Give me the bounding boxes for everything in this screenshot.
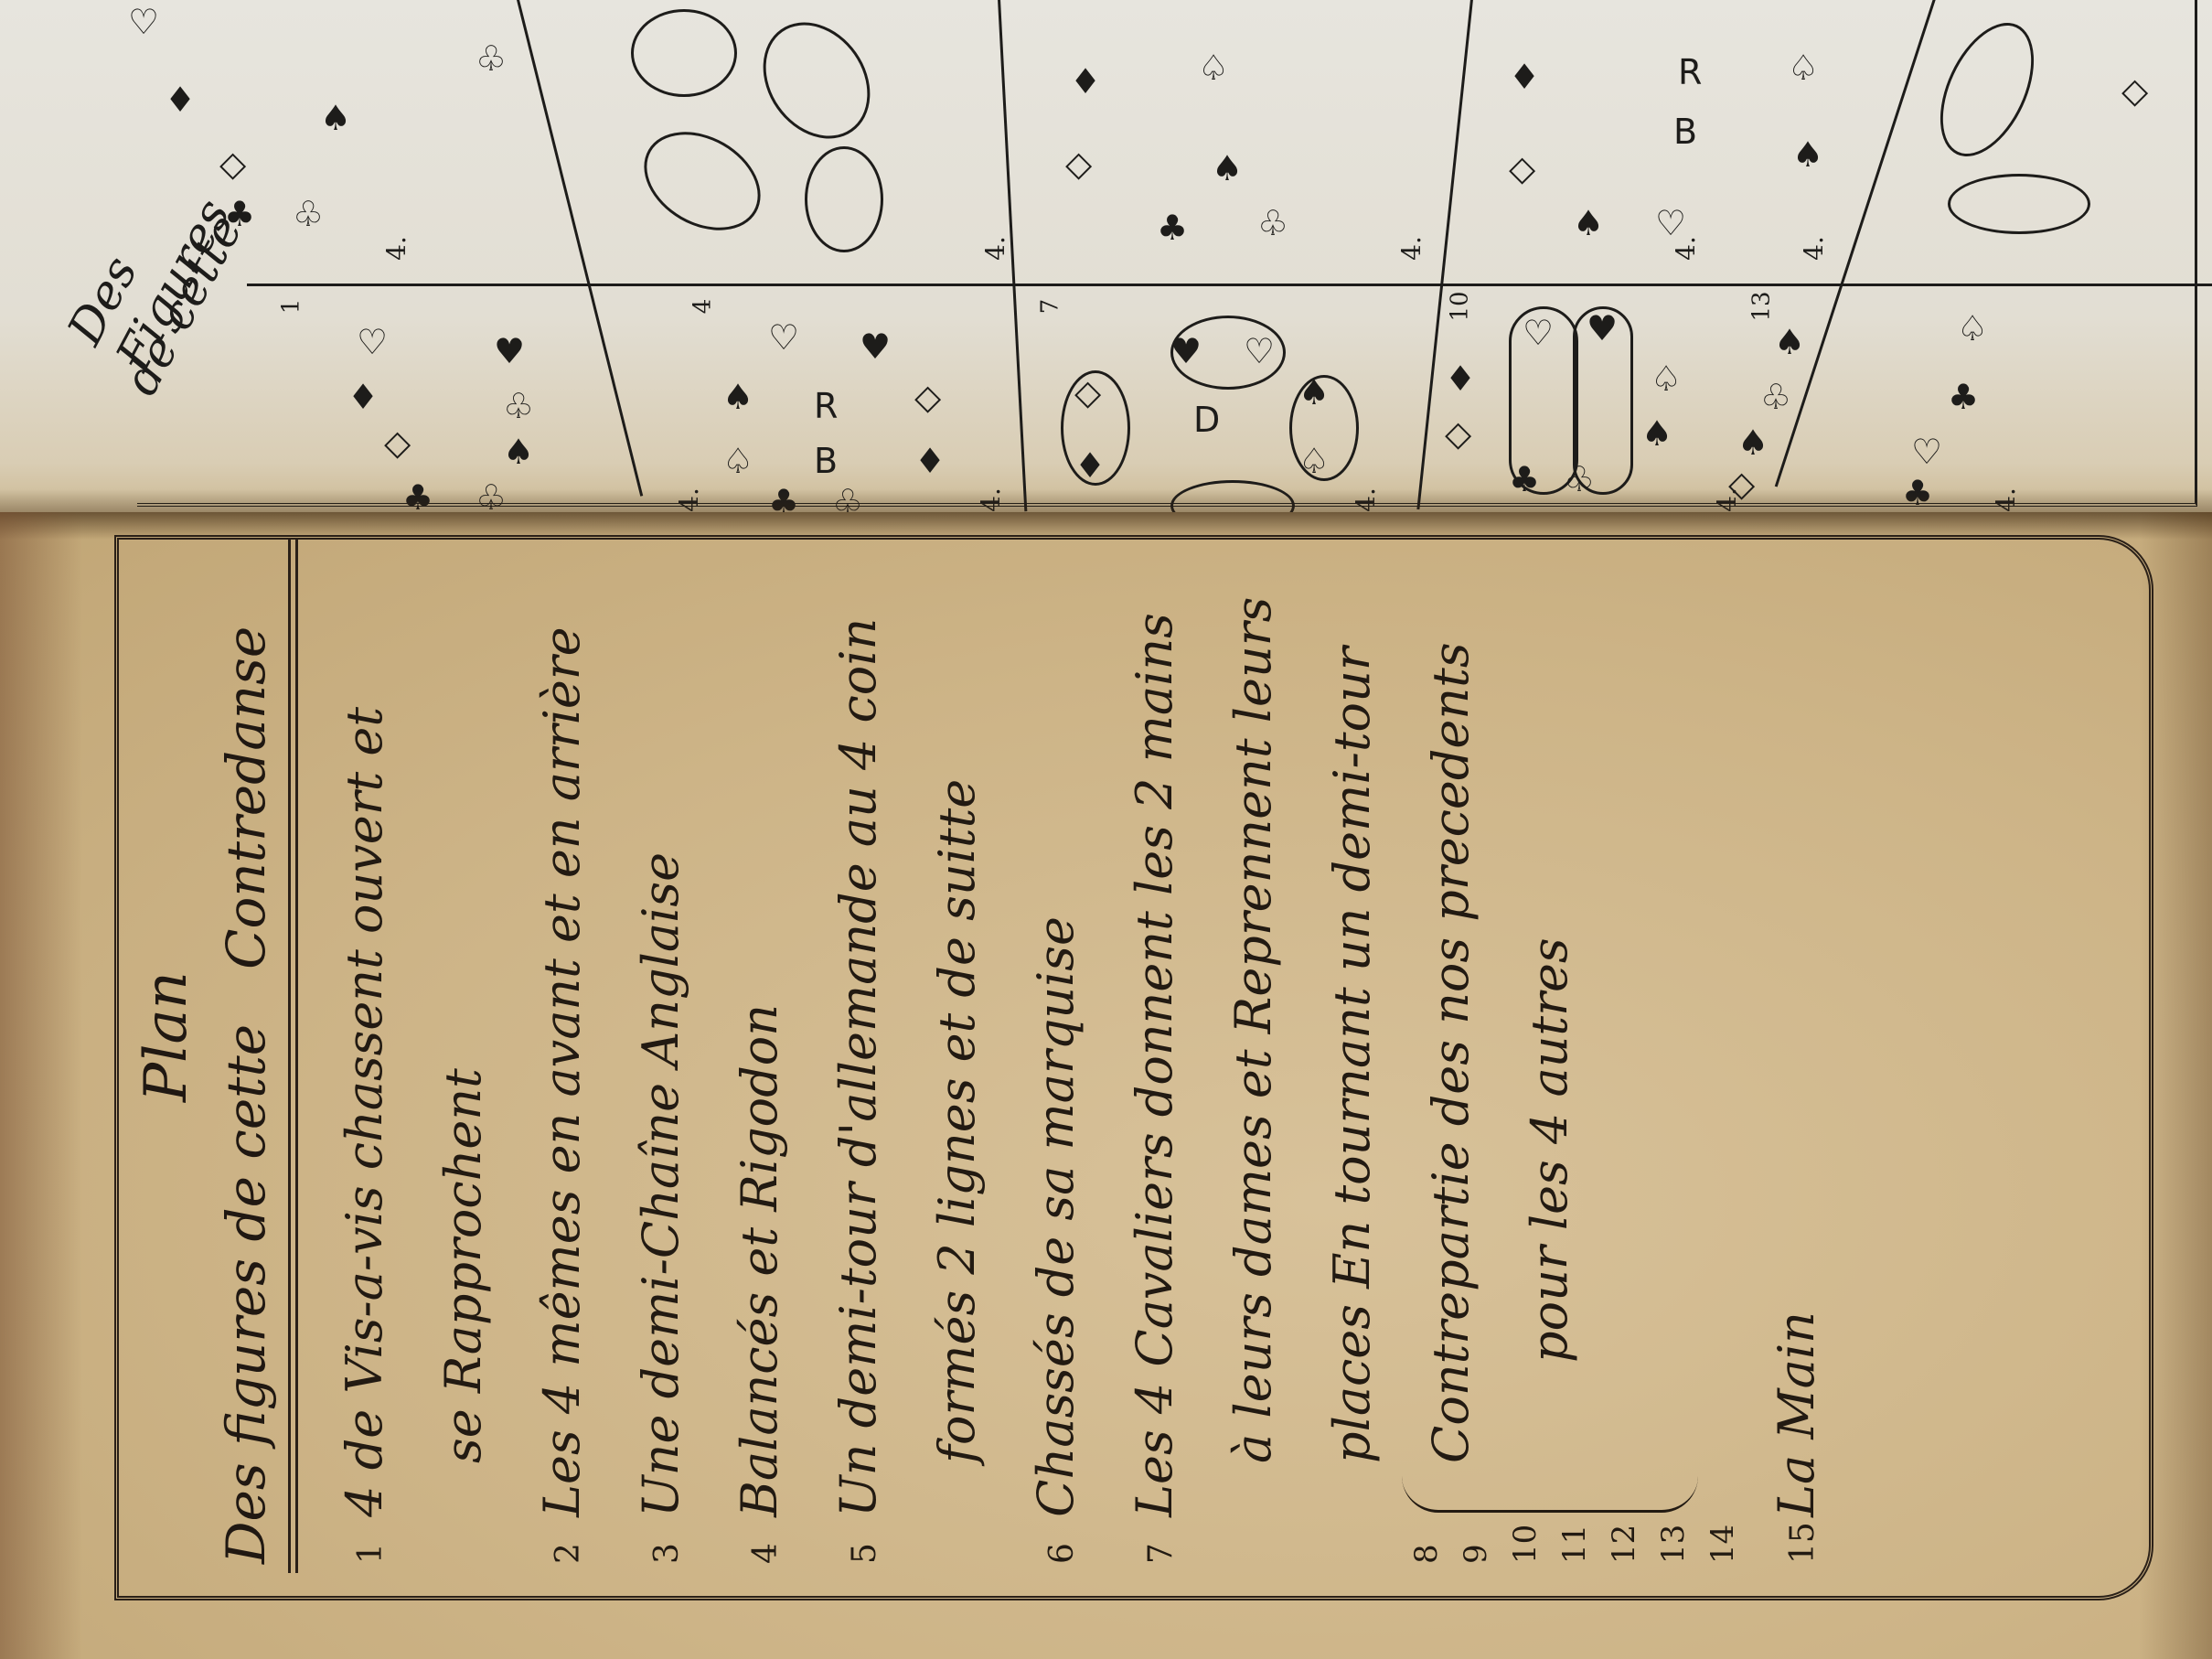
letter-D: D xyxy=(1193,402,1220,437)
cell-number: 4 xyxy=(689,299,716,315)
plan-item-text: La Main xyxy=(1768,1311,1825,1517)
open-heart-dancer-icon: ♡ xyxy=(768,320,799,355)
measure-mark: 4. xyxy=(674,487,704,512)
group-line: Contrepartie des nos precedents xyxy=(1402,642,1501,1463)
club-dancer-icon: ♣ xyxy=(1509,462,1540,497)
plan-item-continuation: se Rapprochent xyxy=(414,549,513,1564)
spade-dancer-icon: ♠ xyxy=(503,434,534,469)
figure-path-curve xyxy=(805,146,883,252)
open-diamond-dancer-icon: ◇ xyxy=(1728,466,1755,501)
figure-path-curve xyxy=(1948,174,2090,234)
spade-dancer-icon: ♠ xyxy=(1298,375,1330,410)
open-heart-dancer-icon: ♡ xyxy=(357,325,388,359)
spade-dancer-icon: ♠ xyxy=(1573,206,1604,241)
figure-cell-7: 7 ♥ ♡ ◇ ♦ D ♠ ♤ 4. xyxy=(1033,288,1491,526)
open-diamond-dancer-icon: ◇ xyxy=(1074,375,1101,410)
diamond-dancer-icon: ♦ xyxy=(1074,448,1106,483)
measure-mark: 4. xyxy=(976,487,1006,512)
open-spade-dancer-icon: ♤ xyxy=(1651,361,1682,396)
plan-item: 1 4 de Vis-a-vis chassent ouvert et xyxy=(315,549,414,1564)
curly-brace-icon xyxy=(1402,1473,1698,1513)
plan-item-text: Un demi-tour d'allemande au 4 coin xyxy=(829,618,887,1517)
open-club-dancer-icon: ♧ xyxy=(503,389,534,423)
spade-dancer-icon: ♠ xyxy=(1737,425,1769,460)
open-spade-dancer-icon: ♤ xyxy=(1198,50,1229,85)
measure-mark: 4. xyxy=(381,236,411,261)
plan-item-continuation: à leurs dames et Reprennent leurs xyxy=(1204,549,1303,1564)
plan-item-text: Les 4 Cavaliers donnent les 2 mains xyxy=(1126,613,1183,1517)
group-number: 14 xyxy=(1698,1491,1747,1564)
diagram-page: Des Figures de cette ♦ ◇ ♣ ♧ ♧ ♠ ♡ 4. 4.… xyxy=(0,0,2212,526)
plan-item-continuation: formés 2 lignes et de suitte xyxy=(908,549,1007,1564)
open-heart-dancer-icon: ♡ xyxy=(1523,316,1554,350)
plan-item: 6 Chassés de sa marquise xyxy=(1007,549,1106,1564)
spade-dancer-icon: ♠ xyxy=(722,380,753,414)
open-heart-dancer-icon: ♡ xyxy=(1911,434,1942,469)
plan-page: Plan Des figures de cetteContredanse 1 4… xyxy=(0,512,2212,1659)
plan-subtitle: Des figures de cetteContredanse xyxy=(215,549,277,1564)
open-heart-dancer-icon: ♡ xyxy=(128,5,159,39)
measure-mark: 4. xyxy=(1991,487,2021,512)
plan-figure-list: 1 4 de Vis-a-vis chassent ouvert et se R… xyxy=(315,549,1846,1564)
plan-item-text: Balancés et Rigodon xyxy=(731,1004,788,1517)
plan-item: 15 La Main xyxy=(1747,549,1846,1564)
letter-R: R xyxy=(814,389,838,423)
plan-item-number: 4 xyxy=(717,1533,816,1564)
diamond-dancer-icon: ♦ xyxy=(1445,361,1476,396)
measure-mark: 4. xyxy=(1799,236,1829,261)
plan-title: Plan xyxy=(133,971,200,1102)
diamond-dancer-icon: ♦ xyxy=(914,444,946,478)
plan-item: 2 Les 4 mêmes en avant et en arrière xyxy=(513,549,612,1564)
club-dancer-icon: ♣ xyxy=(1157,210,1188,245)
spade-dancer-icon: ♠ xyxy=(1212,151,1243,186)
open-diamond-dancer-icon: ◇ xyxy=(1445,416,1471,451)
open-club-dancer-icon: ♧ xyxy=(476,41,507,76)
open-diamond-dancer-icon: ◇ xyxy=(1509,151,1535,186)
open-diamond-dancer-icon: ◇ xyxy=(384,425,411,460)
open-diamond-dancer-icon: ◇ xyxy=(219,146,246,181)
diamond-dancer-icon: ♦ xyxy=(1070,64,1101,99)
spade-dancer-icon: ♠ xyxy=(1774,325,1805,359)
plan-item-text: Chassés de sa marquise xyxy=(1027,916,1085,1517)
diamond-dancer-icon: ♦ xyxy=(347,380,379,414)
plan-item-number: 15 xyxy=(1754,1533,1853,1564)
plan-item-text: places En tournant un demi-tour xyxy=(1323,647,1381,1463)
plan-subtitle-part-1: Des figures de cette xyxy=(215,1024,277,1564)
open-club-dancer-icon: ♧ xyxy=(1760,380,1791,414)
open-diamond-dancer-icon: ◇ xyxy=(1065,146,1092,181)
plan-item-number: 1 xyxy=(322,1533,421,1564)
figure-cell-13: 13 ♠ ♧ ♠ ◇ ♤ ♣ ♡ ♣ 4. xyxy=(1719,288,2176,526)
diamond-dancer-icon: ♦ xyxy=(1509,59,1540,94)
plan-item-text: Les 4 mêmes en avant et en arrière xyxy=(533,626,591,1516)
open-diamond-dancer-icon: ◇ xyxy=(2121,73,2148,108)
figure-path-curve xyxy=(631,9,737,97)
plan-item-text: à leurs dames et Reprennent leurs xyxy=(1224,597,1282,1463)
plan-item-text: 4 de Vis-a-vis chassent ouvert et xyxy=(336,707,393,1517)
plan-subtitle-part-2: Contredanse xyxy=(215,626,277,969)
plan-item: 3 Une demi-Chaîne Anglaise xyxy=(612,549,711,1564)
open-spade-dancer-icon: ♤ xyxy=(1788,50,1819,85)
group-line: pour les 4 autres xyxy=(1501,642,1599,1463)
plan-rotated-content: Plan Des figures de cetteContredanse 1 4… xyxy=(114,540,2153,1582)
grouped-item-text: Contrepartie des nos precedents pour les… xyxy=(1402,642,1599,1463)
cell-number: 10 xyxy=(1447,291,1474,321)
open-heart-dancer-icon: ♡ xyxy=(1244,334,1275,369)
plan-item-number: 5 xyxy=(816,1533,914,1564)
letter-B: B xyxy=(1673,114,1697,149)
club-dancer-icon: ♣ xyxy=(402,480,433,515)
measure-mark: 4. xyxy=(1396,236,1427,261)
plan-item: 7 Les 4 Cavaliers donnent les 2 mains xyxy=(1106,549,1204,1564)
cell-number: 13 xyxy=(1748,291,1776,321)
heart-dancer-icon: ♥ xyxy=(1170,334,1202,369)
plan-item: 4 Balancés et Rigodon xyxy=(711,549,809,1564)
open-spade-dancer-icon: ♤ xyxy=(722,444,753,478)
diamond-dancer-icon: ♦ xyxy=(165,82,196,117)
plan-item-number: 6 xyxy=(1013,1533,1112,1564)
open-club-dancer-icon: ♧ xyxy=(1564,462,1595,497)
letter-B: B xyxy=(814,444,838,478)
open-club-dancer-icon: ♧ xyxy=(476,480,507,515)
plan-item-continuation: places En tournant un demi-tour xyxy=(1303,549,1402,1564)
measure-mark: 4. xyxy=(1671,236,1701,261)
spade-dancer-icon: ♠ xyxy=(1792,137,1823,172)
open-spade-dancer-icon: ♤ xyxy=(1957,311,1988,346)
open-club-dancer-icon: ♧ xyxy=(1257,206,1288,241)
plan-grouped-items: 8 9 10 11 12 13 14 Contrepartie des nos … xyxy=(1402,549,1747,1564)
plan-item-number: 2 xyxy=(519,1533,618,1564)
plan-item-text: se Rapprochent xyxy=(434,1068,492,1463)
open-club-dancer-icon: ♧ xyxy=(293,197,324,231)
heart-dancer-icon: ♥ xyxy=(494,334,525,369)
cell-number: 1 xyxy=(277,299,305,315)
heart-dancer-icon: ♥ xyxy=(1587,311,1618,346)
club-dancer-icon: ♣ xyxy=(1948,380,1979,414)
figure-cell-1: 1 ♡ ♥ ♦ ◇ ♠ ♧ ♣ ♧ 4. xyxy=(265,288,722,526)
open-spade-dancer-icon: ♤ xyxy=(1298,444,1330,478)
plan-item-number: 7 xyxy=(1112,1533,1211,1564)
measure-mark: 4. xyxy=(980,236,1010,261)
plan-item-text: formés 2 lignes et de suitte xyxy=(928,779,986,1463)
cell-number: 7 xyxy=(1036,299,1063,315)
plan-item-number: 3 xyxy=(618,1533,717,1564)
letter-R: R xyxy=(1678,55,1702,90)
heart-dancer-icon: ♥ xyxy=(860,329,891,364)
spade-dancer-icon: ♠ xyxy=(320,101,351,135)
club-dancer-icon: ♣ xyxy=(224,197,255,231)
club-dancer-icon: ♣ xyxy=(1902,476,1933,510)
open-diamond-dancer-icon: ◇ xyxy=(914,380,941,414)
measure-mark: 4. xyxy=(1712,487,1742,512)
plan-item: 5 Un demi-tour d'allemande au 4 coin xyxy=(809,549,908,1564)
grid-row-divider xyxy=(247,284,2212,286)
plan-item-text: Une demi-Chaîne Anglaise xyxy=(632,852,689,1517)
spade-dancer-icon: ♠ xyxy=(1641,416,1672,451)
measure-mark: 4. xyxy=(1351,487,1381,512)
